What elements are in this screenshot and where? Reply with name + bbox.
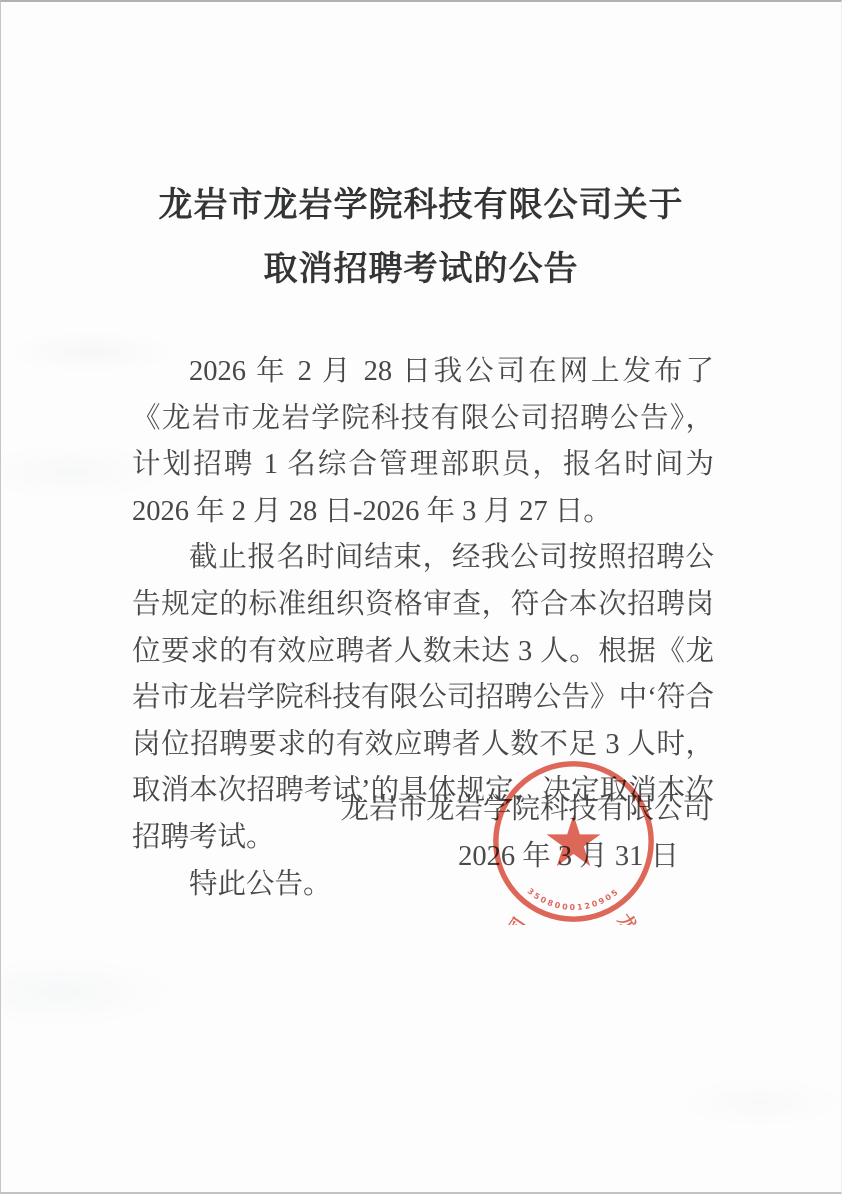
document-title-line-2: 取消招聘考试的公告 [1, 238, 841, 302]
document-title-line-1: 龙岩市龙岩学院科技有限公司关于 [1, 174, 841, 238]
paragraph-announcement: 2026 年 2 月 28 日我公司在网上发布了《龙岩市龙岩学院科技有限公司招聘… [132, 349, 714, 535]
signature-date: 2026 年 3 月 31 日 [340, 833, 711, 880]
seal-ring-text: 龙岩市龙岩学院科技有限公司 [496, 910, 652, 925]
scanned-document-page: 龙岩市龙岩学院科技有限公司关于 取消招聘考试的公告 2026 年 2 月 28 … [0, 0, 842, 1194]
signature-company-name: 龙岩市龙岩学院科技有限公司 [340, 786, 711, 833]
document-title: 龙岩市龙岩学院科技有限公司关于 取消招聘考试的公告 [1, 174, 841, 302]
seal-ring-text-container: 龙岩市龙岩学院科技有限公司 [496, 910, 652, 925]
signature-block: 龙岩市龙岩学院科技有限公司 2026 年 3 月 31 日 [340, 786, 711, 880]
